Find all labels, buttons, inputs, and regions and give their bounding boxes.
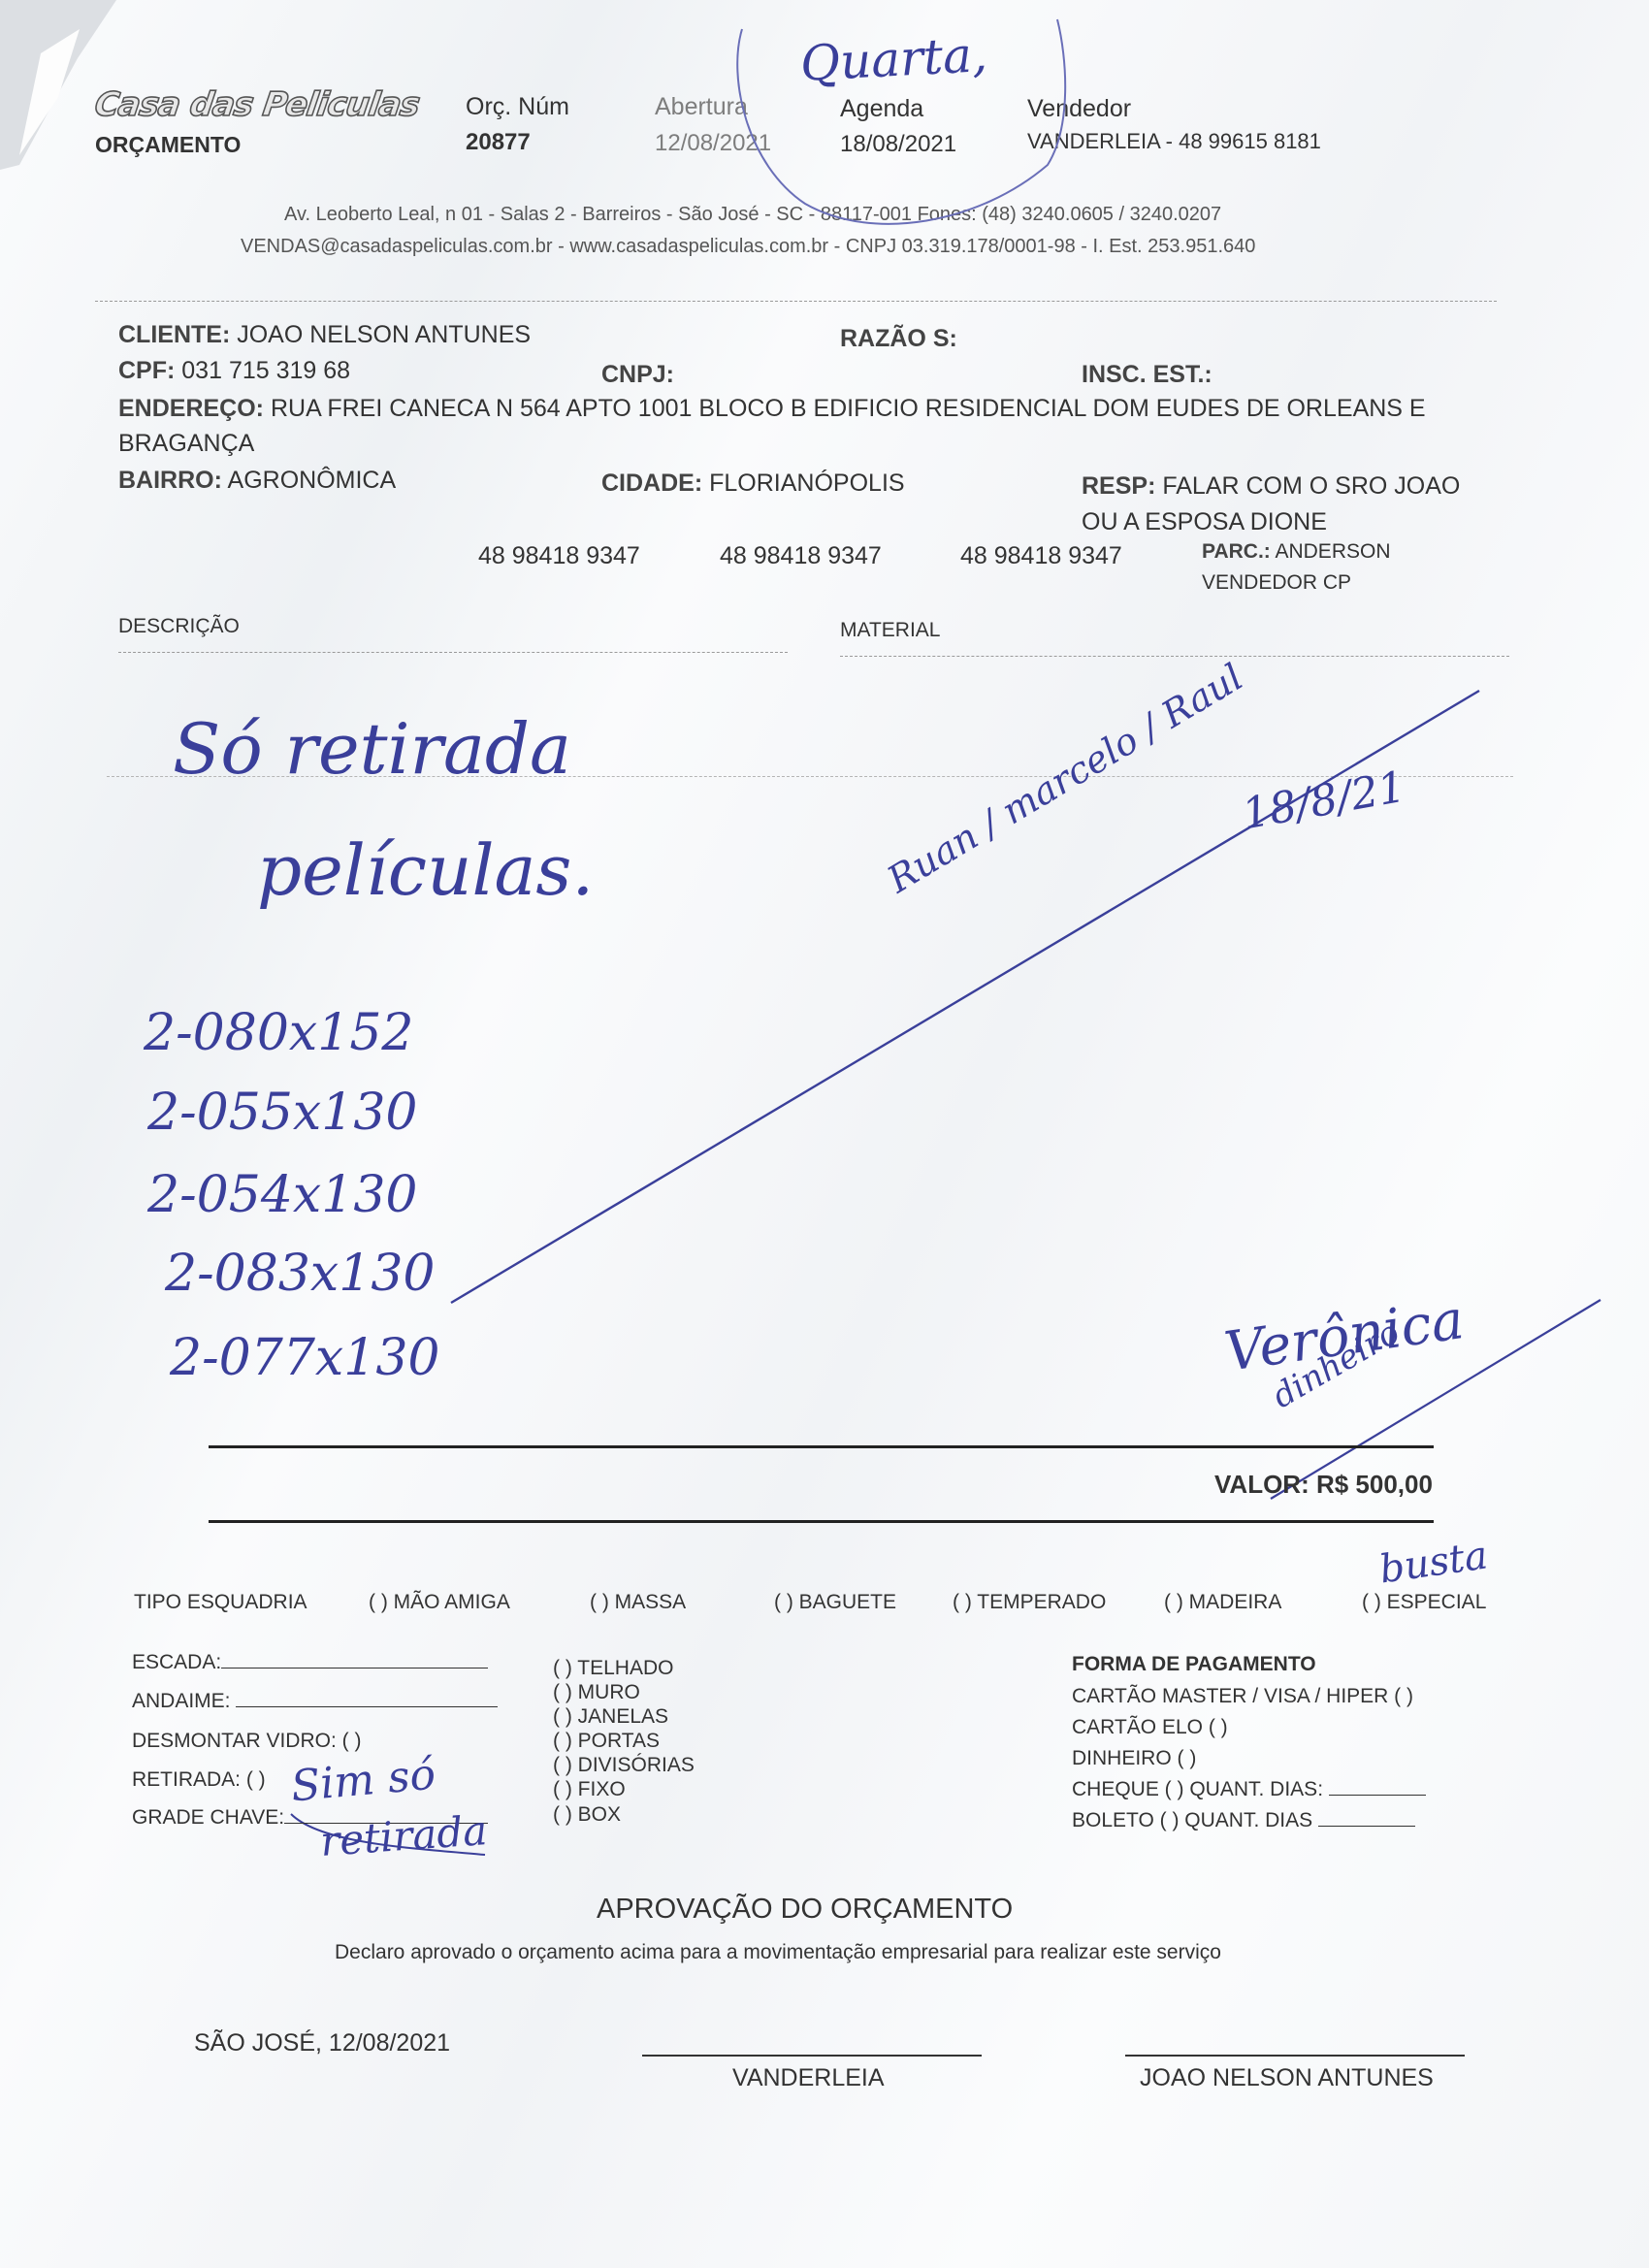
- place-date: SÃO JOSÉ, 12/08/2021: [194, 2029, 450, 2057]
- option-box[interactable]: ( ) BOX: [553, 1803, 621, 1827]
- tipo-esquadria-label: TIPO ESQUADRIA: [134, 1591, 307, 1614]
- signer-client: JOAO NELSON ANTUNES: [1140, 2064, 1434, 2092]
- payment-cash[interactable]: DINHEIRO ( ): [1072, 1747, 1196, 1770]
- company-contact: VENDAS@casadaspeliculas.com.br - www.cas…: [241, 236, 1255, 258]
- option-janelas[interactable]: ( ) JANELAS: [553, 1705, 668, 1729]
- option-muro[interactable]: ( ) MURO: [553, 1681, 640, 1704]
- retirada-field[interactable]: RETIRADA: ( ): [132, 1768, 266, 1792]
- parc-field-line2: VENDEDOR CP: [1202, 571, 1351, 595]
- handwritten-day-note: Quarta,: [799, 26, 988, 92]
- descricao-rule: [118, 652, 788, 653]
- valor-field: VALOR: R$ 500,00: [1214, 1470, 1433, 1500]
- vendedor-value: VANDERLEIA - 48 99615 8181: [1027, 129, 1321, 154]
- material-header: MATERIAL: [840, 619, 940, 642]
- measurement-2: 2-055x130: [147, 1084, 417, 1142]
- option-portas[interactable]: ( ) PORTAS: [553, 1730, 660, 1753]
- signature-line-vendor: [642, 2055, 982, 2057]
- agenda-label: Agenda: [840, 95, 923, 123]
- option-divisorias[interactable]: ( ) DIVISÓRIAS: [553, 1754, 695, 1777]
- razao-field: RAZÃO S:: [840, 325, 957, 353]
- payment-card-elo[interactable]: CARTÃO ELO ( ): [1072, 1716, 1228, 1739]
- orc-num-value: 20877: [466, 129, 531, 156]
- option-massa[interactable]: ( ) MASSA: [590, 1591, 686, 1614]
- endereco-field: ENDEREÇO: RUA FREI CANECA N 564 APTO 100…: [118, 395, 1426, 423]
- measurement-4: 2-083x130: [165, 1245, 435, 1303]
- vendedor-label: Vendedor: [1027, 95, 1131, 123]
- cidade-field: CIDADE: FLORIANÓPOLIS: [601, 470, 905, 498]
- material-rule: [840, 656, 1509, 657]
- payment-card-master-visa-hiper[interactable]: CARTÃO MASTER / VISA / HIPER ( ): [1072, 1685, 1413, 1708]
- company-address: Av. Leoberto Leal, n 01 - Salas 2 - Barr…: [284, 204, 1221, 226]
- measurement-5: 2-077x130: [170, 1329, 439, 1387]
- abertura-value: 12/08/2021: [655, 130, 771, 157]
- phone-2: 48 98418 9347: [720, 542, 882, 570]
- abertura-label: Abertura: [655, 93, 748, 121]
- insc-est-field: INSC. EST.:: [1082, 361, 1212, 389]
- signature-line-client: [1125, 2055, 1465, 2057]
- escada-field[interactable]: ESCADA:: [132, 1651, 488, 1674]
- cliente-field: CLIENTE: JOAO NELSON ANTUNES: [118, 321, 531, 349]
- parc-field: PARC.: ANDERSON: [1202, 540, 1391, 564]
- resp-field: RESP: FALAR COM O SRO JOAO: [1082, 472, 1460, 501]
- phone-1: 48 98418 9347: [478, 542, 640, 570]
- resp-field-line2: OU A ESPOSA DIONE: [1082, 508, 1327, 536]
- payment-title: FORMA DE PAGAMENTO: [1072, 1653, 1316, 1676]
- endereco-field-line2: BRAGANÇA: [118, 430, 254, 458]
- option-baguete[interactable]: ( ) BAGUETE: [774, 1591, 896, 1614]
- payment-cheque[interactable]: CHEQUE ( ) QUANT. DIAS:: [1072, 1778, 1426, 1801]
- company-logo: Casa das Peliculas: [92, 85, 421, 124]
- handwritten-description-line1: Só retirada: [173, 708, 571, 790]
- descricao-header: DESCRIÇÃO: [118, 615, 240, 638]
- cnpj-field: CNPJ:: [601, 361, 674, 389]
- agenda-value: 18/08/2021: [840, 131, 956, 158]
- measurement-3: 2-054x130: [147, 1166, 417, 1224]
- andaime-field[interactable]: ANDAIME:: [132, 1690, 498, 1713]
- option-especial[interactable]: ( ) ESPECIAL: [1362, 1591, 1486, 1614]
- phone-3: 48 98418 9347: [960, 542, 1122, 570]
- option-telhado[interactable]: ( ) TELHADO: [553, 1657, 673, 1680]
- option-mao-amiga[interactable]: ( ) MÃO AMIGA: [369, 1591, 510, 1614]
- orc-num-label: Orç. Núm: [466, 93, 569, 121]
- signer-vendor: VANDERLEIA: [732, 2064, 885, 2092]
- bairro-field: BAIRRO: AGRONÔMICA: [118, 467, 396, 495]
- cpf-field: CPF: 031 715 319 68: [118, 357, 350, 385]
- option-fixo[interactable]: ( ) FIXO: [553, 1778, 626, 1801]
- valor-bottom-rule: [209, 1520, 1434, 1523]
- measurement-1: 2-080x152: [144, 1004, 413, 1062]
- approval-statement: Declaro aprovado o orçamento acima para …: [335, 1941, 1221, 1964]
- header-divider: [95, 301, 1497, 302]
- document-type: ORÇAMENTO: [95, 132, 241, 158]
- desmontar-vidro-field[interactable]: DESMONTAR VIDRO: ( ): [132, 1730, 361, 1753]
- option-madeira[interactable]: ( ) MADEIRA: [1164, 1591, 1281, 1614]
- payment-boleto[interactable]: BOLETO ( ) QUANT. DIAS: [1072, 1809, 1415, 1832]
- option-temperado[interactable]: ( ) TEMPERADO: [953, 1591, 1106, 1614]
- handwritten-description-line2: películas.: [257, 829, 594, 911]
- approval-title: APROVAÇÃO DO ORÇAMENTO: [597, 1894, 1013, 1926]
- valor-top-rule: [209, 1445, 1434, 1448]
